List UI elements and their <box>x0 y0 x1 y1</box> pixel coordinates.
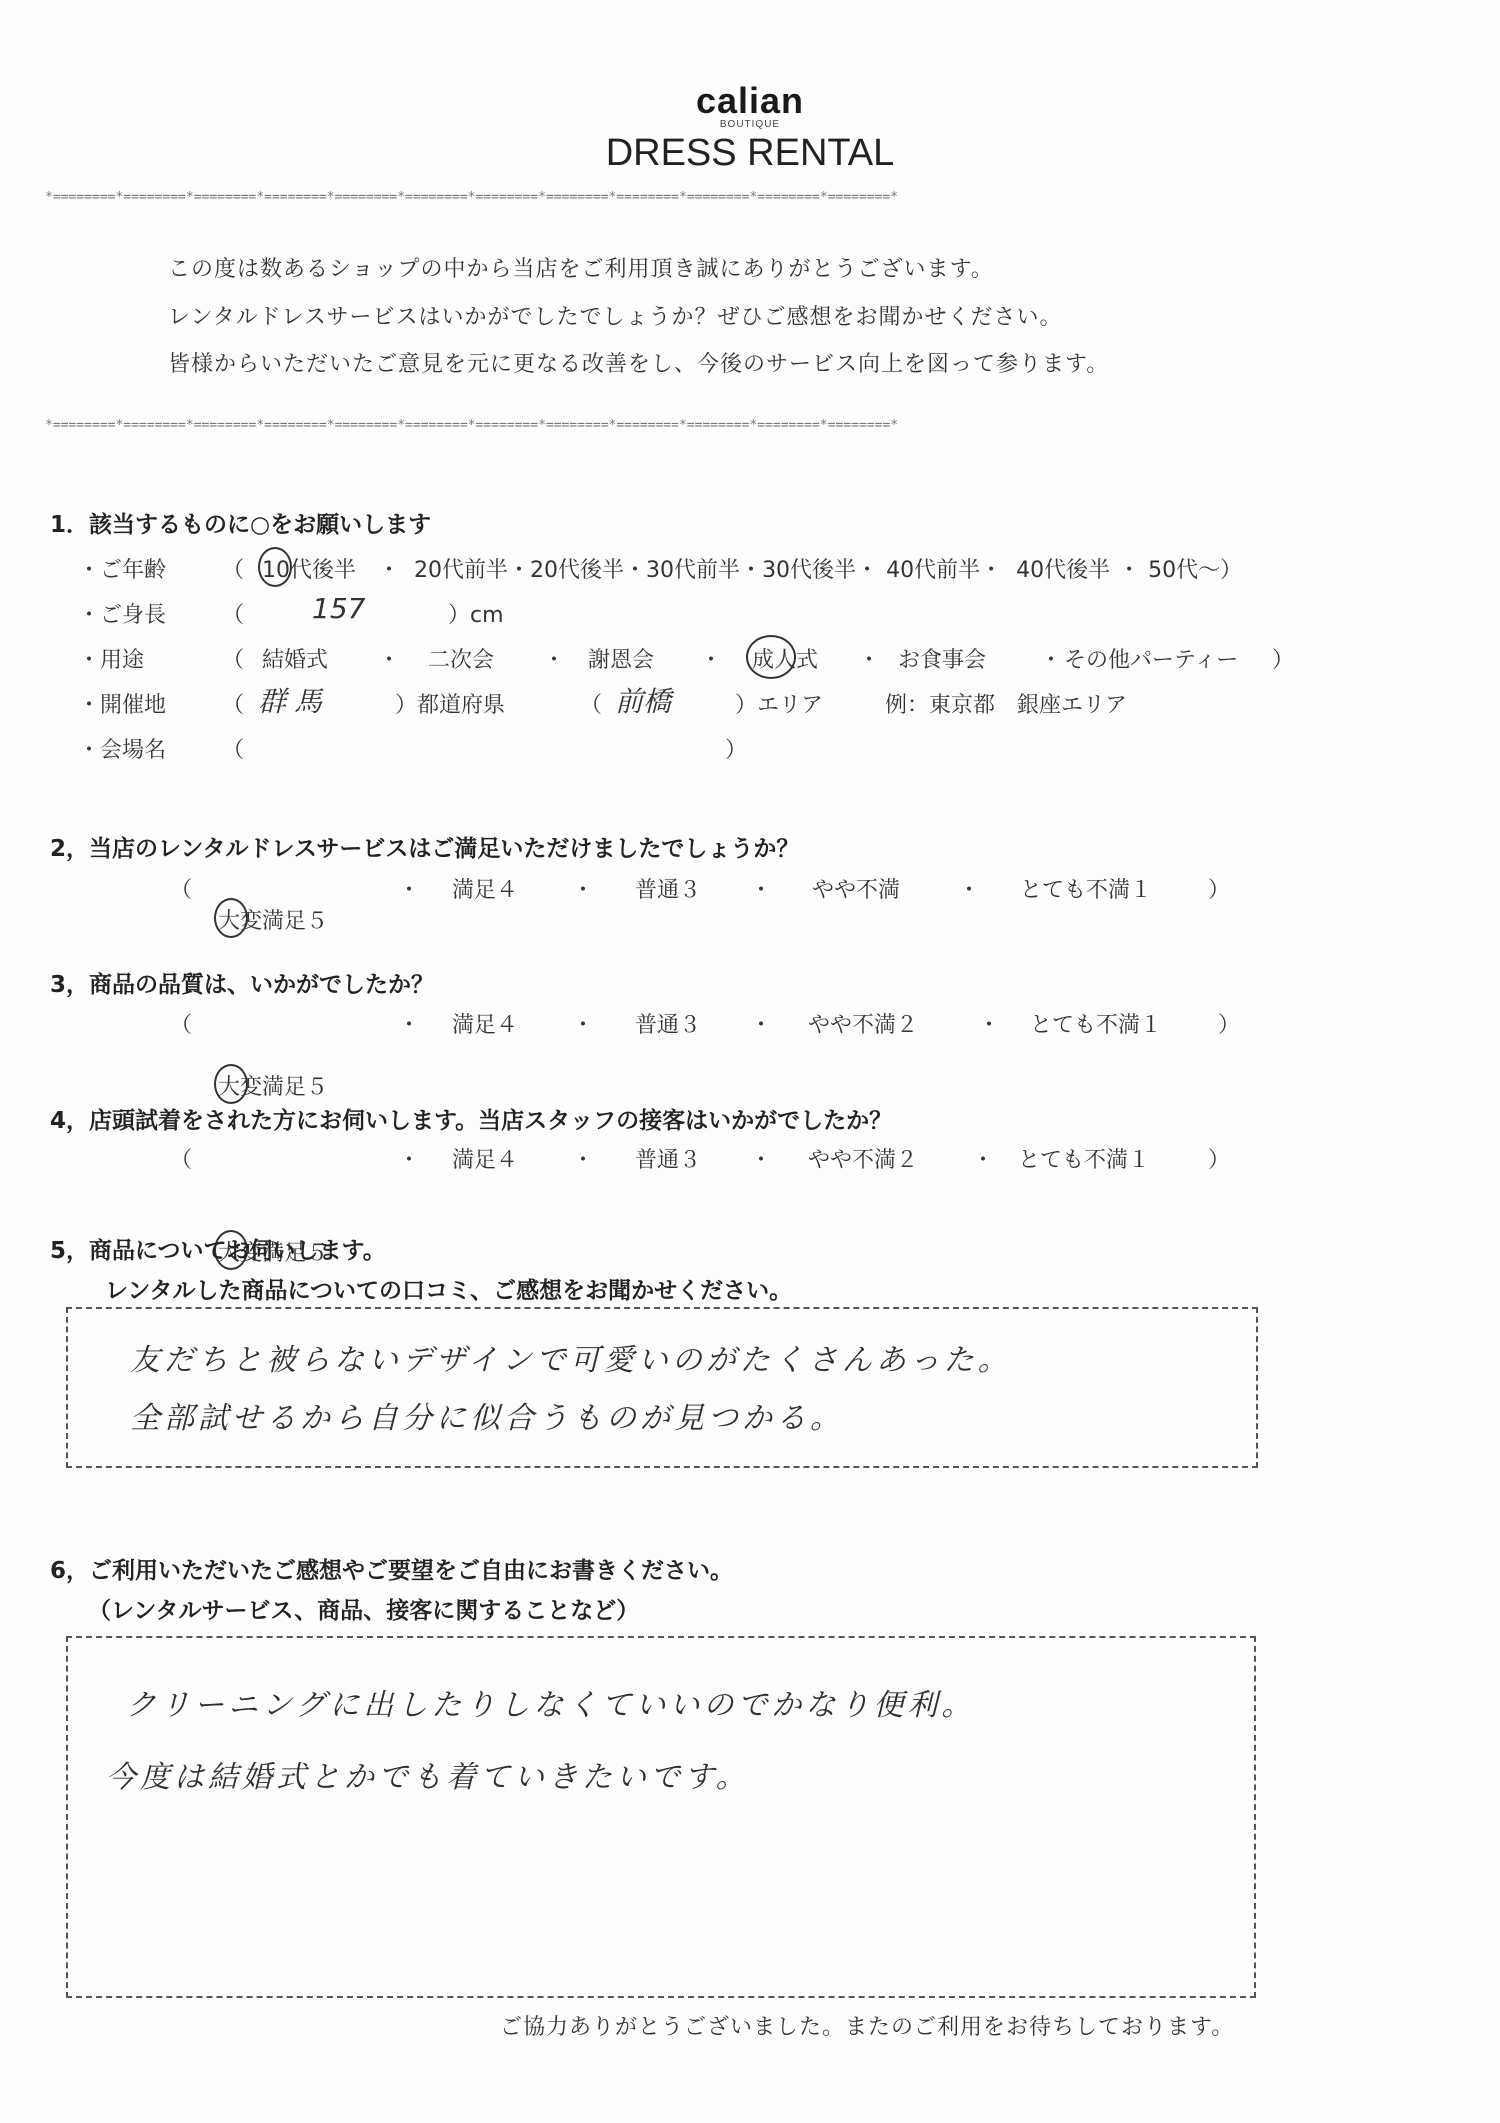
footer-message: ご協力ありがとうございました。またのご利用をお待ちしております。 <box>500 2010 1234 2041</box>
separator-dot: ・ <box>980 553 1002 584</box>
intro-line-3: 皆様からいただいたご意見を元に更なる改善をし、今後のサービス向上を図って参ります… <box>168 347 1109 378</box>
q3-option-1[interactable]: とても不満１ <box>1030 1008 1162 1039</box>
purpose-option-thanks-party[interactable]: 謝恩会 <box>588 643 654 674</box>
separator-dot: ・ <box>978 1008 1000 1039</box>
age-open-paren: （ <box>222 553 244 584</box>
q4-option-4[interactable]: 満足４ <box>452 1143 518 1174</box>
q3-option-5[interactable]: 大変満足５ <box>218 1070 1500 1101</box>
separator-dot: ・ <box>750 1008 772 1039</box>
separator-dot: ・ <box>1040 643 1062 674</box>
question-4-title: 4，店頭試着をされた方にお伺いします。当店スタッフの接客はいかがでしたか？ <box>50 1102 892 1135</box>
separator-dot: ・ <box>750 873 772 904</box>
q2-option-1[interactable]: とても不満１ <box>1020 873 1152 904</box>
purpose-open-paren: （ <box>222 643 244 674</box>
area-value[interactable]: 前橋 <box>615 680 671 720</box>
q2-option-5[interactable]: 大変満足５ <box>218 904 1500 935</box>
q2-option-3[interactable]: 普通３ <box>635 873 701 904</box>
age-options: 10代後半 ・ 20代前半 ・ 20代後半 ・ 30代前半 ・ 30代後半 ・ … <box>262 553 1242 584</box>
age-option-40s-early[interactable]: 40代前半 <box>886 553 980 584</box>
q4-option-3[interactable]: 普通３ <box>635 1143 701 1174</box>
age-option-10s-late[interactable]: 10代後半 <box>262 553 356 584</box>
q3-option-3[interactable]: 普通３ <box>635 1008 701 1039</box>
q6-answer-box[interactable]: クリーニングに出したりしなくていいのでかなり便利。 今度は結婚式とかでも着ていき… <box>66 1636 1256 1998</box>
q5-answer-box[interactable]: 友だちと被らないデザインで可愛いのがたくさんあった。 全部試せるから自分に似合う… <box>66 1307 1258 1468</box>
separator-dot: ・ <box>378 643 400 674</box>
decorative-divider-bottom: *========*========*========*========*===… <box>45 418 1345 432</box>
height-label: ・ご身長 <box>78 598 166 629</box>
location-example: 例：東京都 銀座エリア <box>885 688 1127 719</box>
q6-answer-line-2: 今度は結婚式とかでも着ていきたいです。 <box>106 1748 750 1808</box>
separator-dot: ・ <box>700 643 722 674</box>
separator-dot: ・ <box>972 1143 994 1174</box>
separator-dot: ・ <box>624 553 646 584</box>
page-title: DRESS RENTAL <box>0 132 1500 175</box>
question-3-title: 3，商品の品質は、いかがでしたか？ <box>50 966 434 999</box>
q4-option-2[interactable]: やや不満２ <box>808 1143 918 1174</box>
separator-dot: ・ <box>750 1143 772 1174</box>
purpose-option-wedding[interactable]: 結婚式 <box>262 643 328 674</box>
q5-answer-line-1: 友だちと被らないデザインで可愛いのがたくさんあった。 <box>130 1331 1012 1391</box>
q2-option-2[interactable]: やや不満 <box>812 873 900 904</box>
separator-dot: ・ <box>856 553 878 584</box>
brand-logo: calian <box>0 80 1500 122</box>
separator-dot: ・ <box>398 873 420 904</box>
separator-dot: ・ <box>572 873 594 904</box>
purpose-option-afterparty[interactable]: 二次会 <box>428 643 494 674</box>
intro-line-2: レンタルドレスサービスはいかがでしたでしょうか？ぜひご感想をお聞かせください。 <box>168 300 1062 331</box>
q4-open-paren: （ <box>170 1143 192 1174</box>
question-6-title: 6，ご利用いただいたご感想やご要望をご自由にお書きください。 <box>50 1552 733 1585</box>
q2-close-paren: ） <box>1208 873 1230 904</box>
decorative-divider-top: *========*========*========*========*===… <box>45 190 1345 204</box>
height-unit: ）cm <box>448 598 504 629</box>
prefecture-value[interactable]: 群馬 <box>258 680 330 720</box>
question-1-title: 1．該当するものに○をお願いします <box>50 506 431 539</box>
separator-dot: ・ <box>740 553 762 584</box>
intro-line-1: この度は数あるショップの中から当店をご利用頂き誠にありがとうございます。 <box>168 252 994 283</box>
age-option-30s-late[interactable]: 30代後半 <box>762 553 856 584</box>
separator-dot: ・ <box>1118 553 1140 584</box>
venue-name-open-paren: （ <box>222 733 244 764</box>
q4-option-1[interactable]: とても不満１ <box>1018 1143 1150 1174</box>
separator-dot: ・ <box>378 553 400 584</box>
q4-close-paren: ） <box>1208 1143 1230 1174</box>
q5-answer-line-2: 全部試せるから自分に似合うものが見つかる。 <box>130 1389 844 1449</box>
question-5-title: 5，商品についてお伺いします。 <box>50 1232 386 1265</box>
venue-location-label: ・開催地 <box>78 688 166 719</box>
q6-answer-line-1: クリーニングに出したりしなくていいのでかなり便利。 <box>126 1676 975 1736</box>
height-value[interactable]: 157 <box>312 592 365 625</box>
q3-option-4[interactable]: 満足４ <box>452 1008 518 1039</box>
question-6-subtitle: （レンタルサービス、商品、接客に関することなど） <box>88 1592 639 1625</box>
q2-option-4[interactable]: 満足４ <box>452 873 518 904</box>
q3-open-paren: （ <box>170 1008 192 1039</box>
separator-dot: ・ <box>543 643 565 674</box>
prefecture-open-paren: （ <box>222 688 244 719</box>
age-option-40s-late[interactable]: 40代後半 <box>1016 553 1110 584</box>
age-option-50s-plus[interactable]: 50代～ <box>1148 553 1220 584</box>
q3-close-paren: ） <box>1218 1008 1240 1039</box>
height-open-paren: （ <box>222 598 244 629</box>
age-option-20s-late[interactable]: 20代後半 <box>530 553 624 584</box>
brand-subtitle: BOUTIQUE <box>0 119 1500 130</box>
venue-name-field[interactable] <box>250 733 710 761</box>
age-option-30s-early[interactable]: 30代前半 <box>646 553 740 584</box>
area-suffix: ）エリア <box>735 688 823 719</box>
q2-open-paren: （ <box>170 873 192 904</box>
separator-dot: ・ <box>398 1143 420 1174</box>
purpose-option-other-party[interactable]: その他パーティー <box>1064 643 1238 674</box>
purpose-label: ・用途 <box>78 643 144 674</box>
separator-dot: ・ <box>398 1008 420 1039</box>
purpose-close-paren: ） <box>1272 643 1294 674</box>
area-open-paren: （ <box>580 688 602 719</box>
separator-dot: ・ <box>572 1008 594 1039</box>
separator-dot: ・ <box>508 553 530 584</box>
purpose-option-dinner[interactable]: お食事会 <box>898 643 986 674</box>
age-close-paren: ） <box>1220 553 1242 584</box>
q3-option-2[interactable]: やや不満２ <box>808 1008 918 1039</box>
age-option-20s-early[interactable]: 20代前半 <box>414 553 508 584</box>
age-label: ・ご年齢 <box>78 553 166 584</box>
q4-option-5[interactable]: 大変満足５ <box>218 1236 1500 1267</box>
venue-name-label: ・会場名 <box>78 733 166 764</box>
separator-dot: ・ <box>572 1143 594 1174</box>
prefecture-suffix: ）都道府県 <box>395 688 505 719</box>
venue-name-close-paren: ） <box>725 733 747 764</box>
separator-dot: ・ <box>858 643 880 674</box>
question-5-subtitle: レンタルした商品についての口コミ、ご感想をお聞かせください。 <box>105 1272 792 1305</box>
question-2-title: 2，当店のレンタルドレスサービスはご満足いただけましたでしょうか？ <box>50 830 799 863</box>
separator-dot: ・ <box>958 873 980 904</box>
